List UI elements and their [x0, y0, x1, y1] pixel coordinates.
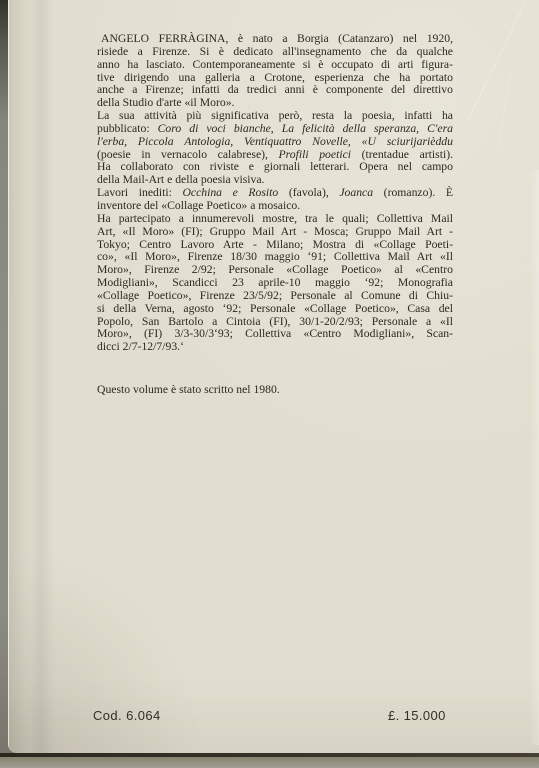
bio-title-italic: Occhina e Rosito — [182, 186, 278, 199]
bio-text-segment: tive dirigendo una galleria a Crotone, e… — [97, 71, 453, 84]
bio-text-segment: risiede a Firenze. Si è dedicato all'ins… — [97, 45, 453, 58]
bio-text-segment: (poesie in vernacolo calabrese), — [97, 148, 279, 161]
bio-text-segment: della Studio d'arte «il Moro». — [97, 96, 234, 109]
bio-text-segment: Moro», (FI) 3/3-30/3‘93; Collettiva «Cen… — [97, 327, 453, 340]
bio-text-segment: co», «Il Moro», Firenze 18/30 maggio ‘91… — [97, 250, 453, 263]
bio-text-segment: Lavori inediti: — [97, 186, 182, 199]
book-back-cover: ANGELO FERRÀGINA, è nato a Borgia (Catan… — [8, 0, 539, 753]
cover-crease — [468, 2, 526, 119]
bio-text-segment: Popolo, San Bartolo a Cintoia (FI), 30/1… — [97, 315, 453, 328]
page-fore-edge-highlight — [530, 170, 539, 745]
bio-text-segment: Art, «Il Moro» (FI); Gruppo Mail Art - M… — [97, 225, 453, 238]
bio-text-segment: della Mail-Art e della poesia visiva. — [97, 173, 264, 186]
bio-text-segment: (romanzo). È — [373, 186, 453, 199]
note-line: Questo volume è stato scritto nel 1980. — [97, 384, 457, 397]
bio-text-segment: (favola), — [278, 186, 339, 199]
page-block — [0, 757, 539, 768]
bio-title-italic: Profili poetici — [279, 148, 351, 161]
book-photo: ANGELO FERRÀGINA, è nato a Borgia (Catan… — [0, 0, 539, 768]
bio-text-segment: anno ha lasciato. Contemporaneamente si … — [97, 58, 453, 71]
bio-text-segment: (trentadue artisti). — [351, 148, 453, 161]
bio-title-italic: l'erba, Piccola Antologia, Ventiquattro … — [97, 135, 453, 148]
bio-text-segment: Modigliani», Scandicci 23 aprile-10 magg… — [97, 276, 453, 289]
bio-title-italic: Coro di voci bianche, La felicità della … — [158, 122, 453, 135]
bio-text-segment: Ha collaborato con riviste e giornali le… — [97, 160, 453, 173]
bio-text-segment: Moro», Firenze 2/92; Personale «Collage … — [97, 263, 453, 276]
bio-text-segment: Tokyo; Centro Lavoro Arte - Milano; Most… — [97, 238, 453, 251]
bio-text-segment: La sua attività più significativa però, … — [97, 109, 453, 122]
cover-crease — [497, 61, 514, 150]
catalog-code: Cod. 6.064 — [93, 708, 161, 723]
bio-text-segment: dicci 2/7-12/7/93.‘ — [97, 340, 184, 353]
bio-text-segment: «Collage Poetico», Firenze 23/5/92; Pers… — [97, 289, 453, 302]
bio-text-segment: ANGELO FERRÀGINA, è nato a Borgia (Catan… — [101, 32, 453, 45]
bio-text-segment: Ha partecipato a innumerevoli mostre, tr… — [97, 212, 453, 225]
bio-text-segment: inventore del «Collage Poetico» a mosaic… — [97, 199, 300, 212]
bio-line: dicci 2/7-12/7/93.‘ — [97, 341, 453, 354]
bio-text-segment: si della Verna, agosto ‘92; Personale «C… — [97, 302, 453, 315]
price-label: £. 15.000 — [388, 708, 446, 723]
bio-title-italic: Joanca — [339, 186, 373, 199]
bio-text-segment: pubblicato: — [97, 122, 158, 135]
author-bio-text: ANGELO FERRÀGINA, è nato a Borgia (Catan… — [97, 33, 453, 354]
bio-text-segment: anche a Firenze; infatti da tredici anni… — [97, 83, 453, 96]
